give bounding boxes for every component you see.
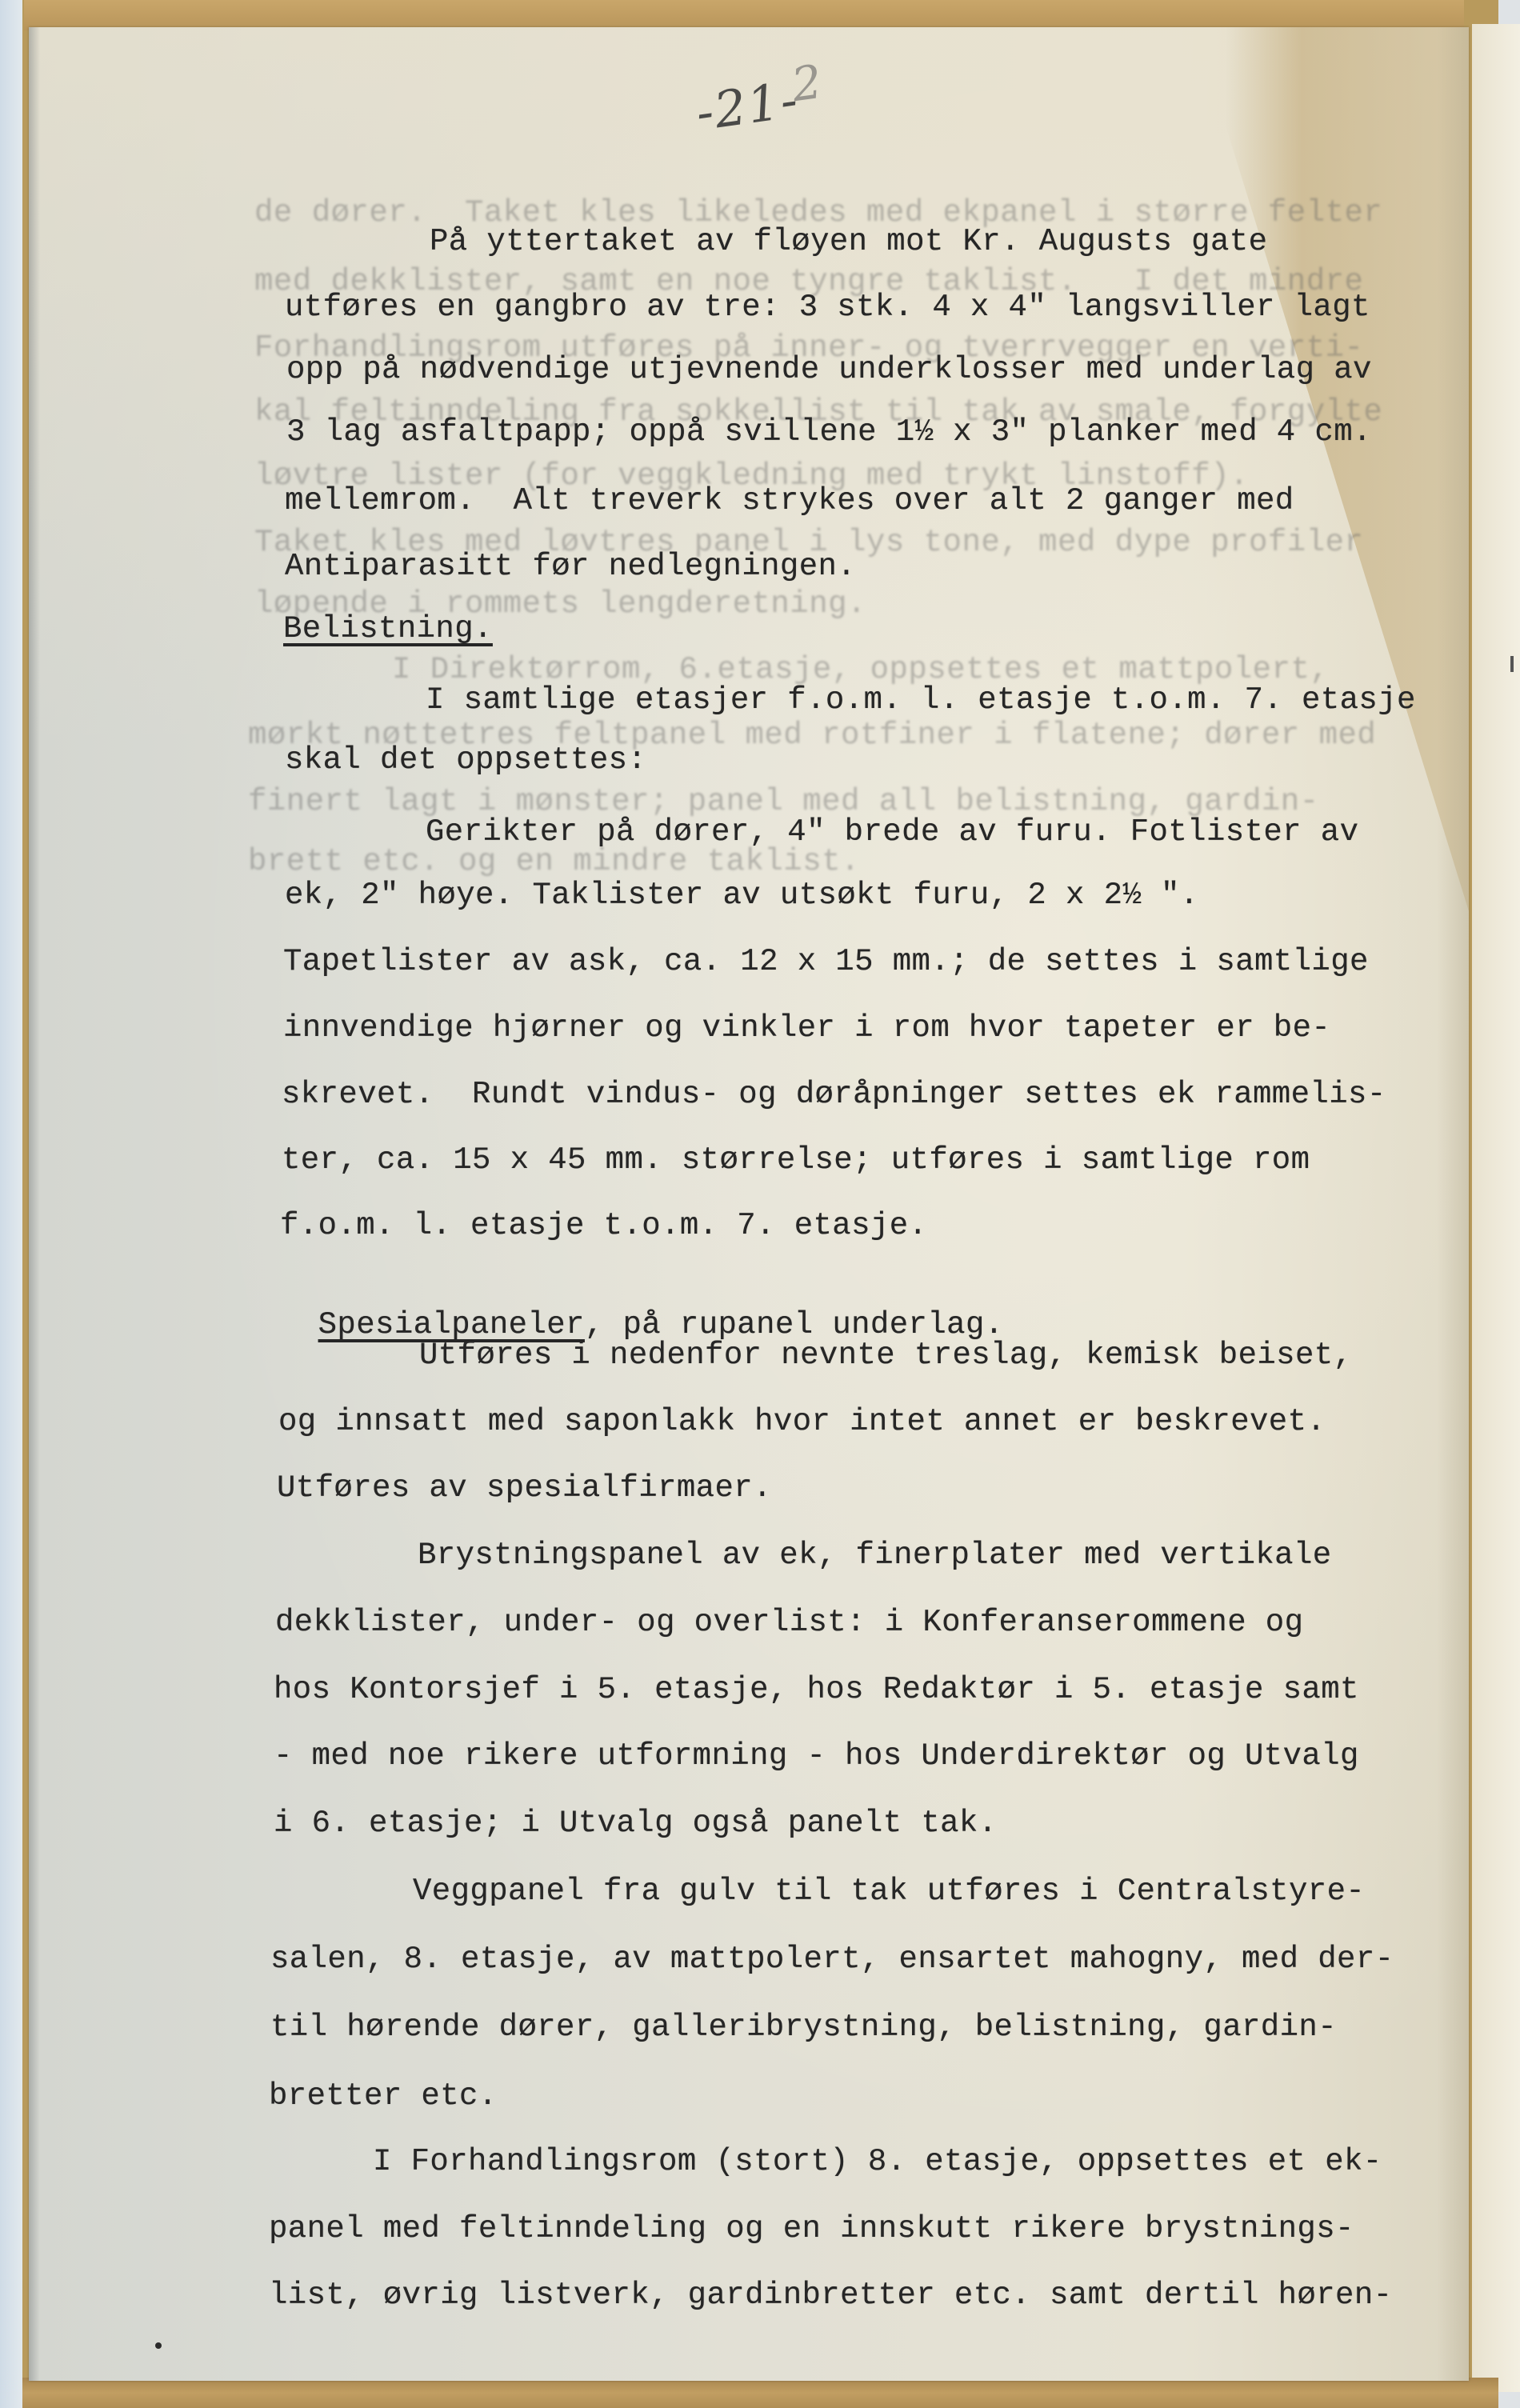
text-line: ter, ca. 15 x 45 mm. størrelse; utføres …	[282, 1142, 1310, 1178]
text-line: salen, 8. etasje, av mattpolert, ensarte…	[270, 1942, 1394, 1977]
text-line: utføres en gangbro av tre: 3 stk. 4 x 4"…	[285, 290, 1370, 325]
page-right-shadow	[1437, 27, 1469, 2381]
backing-card-bottom-edge	[22, 2378, 1498, 2408]
text-line: Brystningspanel av ek, finerplater med v…	[418, 1538, 1332, 1573]
text-line: til hørende dører, galleribrystning, bel…	[270, 2010, 1337, 2045]
text-line: hos Kontorsjef i 5. etasje, hos Redaktør…	[274, 1672, 1359, 1707]
text-line: På yttertaket av fløyen mot Kr. Augusts …	[430, 224, 1267, 259]
text-line: Antiparasitt før nedlegningen.	[285, 549, 856, 584]
section-heading-spesialpaneler: Spesialpaneler, på rupanel underlag.	[280, 1272, 1004, 1342]
text-line: i 6. etasje; i Utvalg også panelt tak.	[274, 1806, 998, 1841]
text-line: bretter etc.	[269, 2078, 498, 2114]
text-line: Utføres i nedenfor nevnte treslag, kemis…	[419, 1338, 1352, 1373]
text-line: Gerikter på dører, 4" brede av furu. Fot…	[426, 814, 1358, 850]
text-line: f.o.m. l. etasje t.o.m. 7. etasje.	[280, 1208, 927, 1243]
margin-mark	[1510, 656, 1514, 672]
text-line: I samtlige etasjer f.o.m. l. etasje t.o.…	[426, 682, 1416, 718]
text-line: 3 lag asfaltpapp; oppå svillene 1½ x 3" …	[286, 414, 1372, 450]
text-line: I Forhandlingsrom (stort) 8. etasje, opp…	[373, 2144, 1382, 2179]
text-line: ek, 2" høye. Taklister av utsøkt furu, 2…	[285, 878, 1199, 913]
text-line: mellemrom. Alt treverk strykes over alt …	[285, 483, 1294, 518]
page-left-shadow	[29, 27, 40, 2381]
text-line: Tapetlister av ask, ca. 12 x 15 mm.; de …	[283, 944, 1369, 979]
text-line: skrevet. Rundt vindus- og døråpninger se…	[282, 1077, 1386, 1112]
text-line: innvendige hjørner og vinkler i rom hvor…	[283, 1010, 1330, 1046]
text-line: list, øvrig listverk, gardinbretter etc.…	[269, 2278, 1392, 2313]
ink-speck	[155, 2342, 162, 2349]
text-line: skal det oppsettes:	[285, 742, 646, 778]
text-line: Veggpanel fra gulv til tak utføres i Cen…	[413, 1874, 1365, 1909]
backing-card-right-edge	[1472, 24, 1520, 2392]
text-line: opp på nødvendige utjevnende underklosse…	[286, 352, 1372, 387]
section-heading-belistning: Belistning.	[283, 611, 493, 646]
backing-card-top-edge	[24, 0, 1464, 30]
text-line: panel med feltinndeling og en innskutt r…	[269, 2211, 1354, 2246]
text-line: dekklister, under- og overlist: i Konfer…	[275, 1605, 1303, 1640]
text-line: og innsatt med saponlakk hvor intet anne…	[278, 1404, 1326, 1439]
text-line: Utføres av spesialfirmaer.	[277, 1470, 772, 1506]
text-line: - med noe rikere utformning - hos Underd…	[274, 1738, 1359, 1774]
